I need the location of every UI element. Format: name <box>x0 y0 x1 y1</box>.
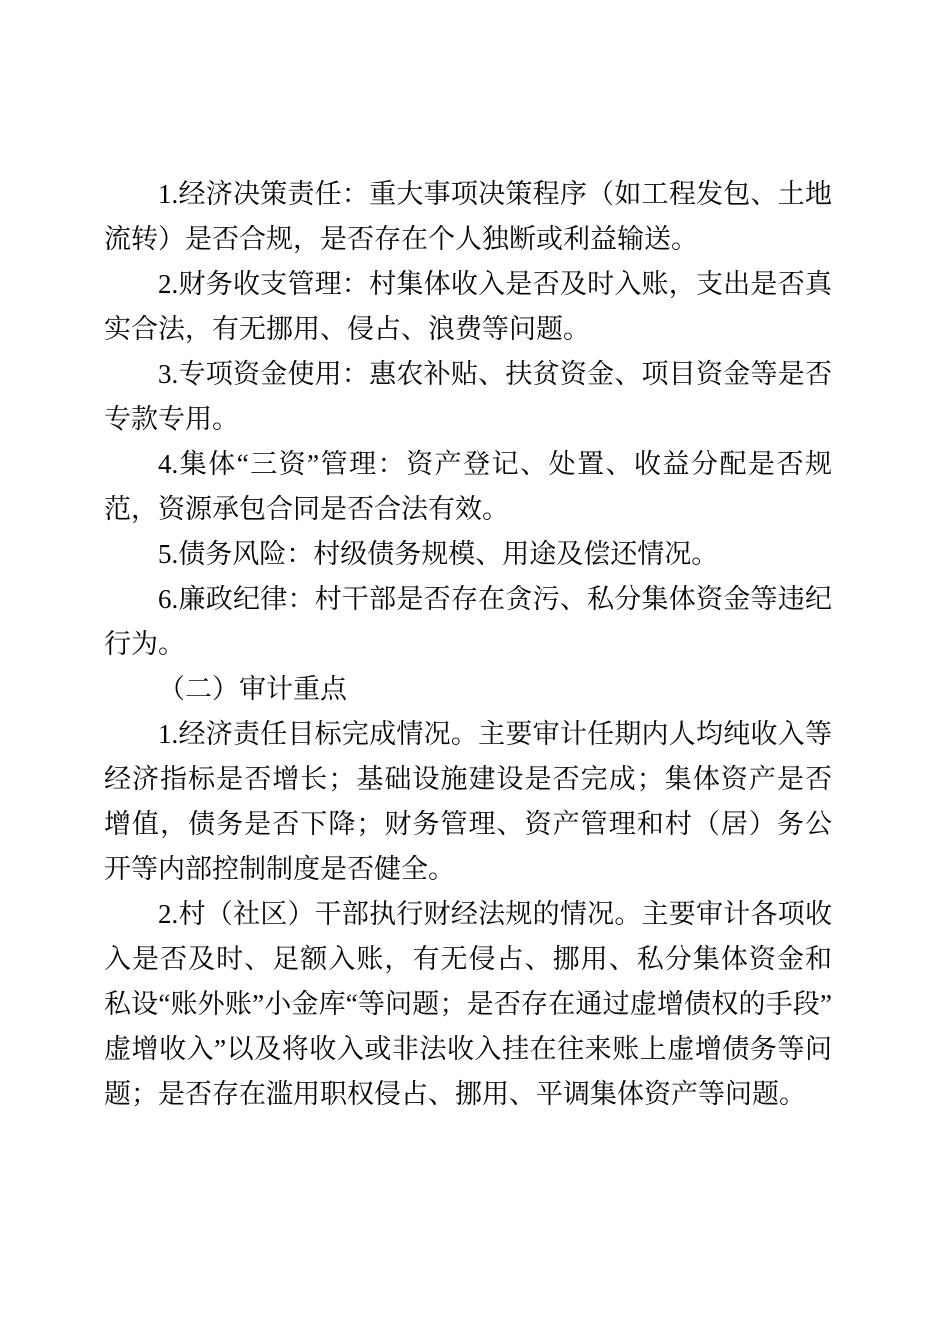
paragraph-financial-management: 2.财务收支管理：村集体收入是否及时入账，支出是否真实合法，有无挪用、侵占、浪费… <box>104 262 832 352</box>
paragraph-integrity-discipline: 6.廉政纪律：村干部是否存在贪污、私分集体资金等违纪行为。 <box>104 577 832 667</box>
section-heading-audit-focus: （二）审计重点 <box>104 667 832 712</box>
paragraph-special-funds: 3.专项资金使用：惠农补贴、扶贫资金、项目资金等是否专款专用。 <box>104 352 832 442</box>
paragraph-economic-decision: 1.经济决策责任：重大事项决策程序（如工程发包、土地流转）是否合规，是否存在个人… <box>104 172 832 262</box>
document-page: 1.经济决策责任：重大事项决策程序（如工程发包、土地流转）是否合规，是否存在个人… <box>0 0 950 1344</box>
text-block: 1.经济决策责任：重大事项决策程序（如工程发包、土地流转）是否合规，是否存在个人… <box>104 172 832 1117</box>
paragraph-debt-risk: 5.债务风险：村级债务规模、用途及偿还情况。 <box>104 532 832 577</box>
paragraph-collective-assets: 4.集体“三资”管理：资产登记、处置、收益分配是否规范，资源承包合同是否合法有效… <box>104 442 832 532</box>
paragraph-responsibility-targets: 1.经济责任目标完成情况。主要审计任期内人均纯收入等经济指标是否增长；基础设施建… <box>104 712 832 892</box>
paragraph-fiscal-law-compliance: 2.村（社区）干部执行财经法规的情况。主要审计各项收入是否及时、足额入账，有无侵… <box>104 892 832 1117</box>
